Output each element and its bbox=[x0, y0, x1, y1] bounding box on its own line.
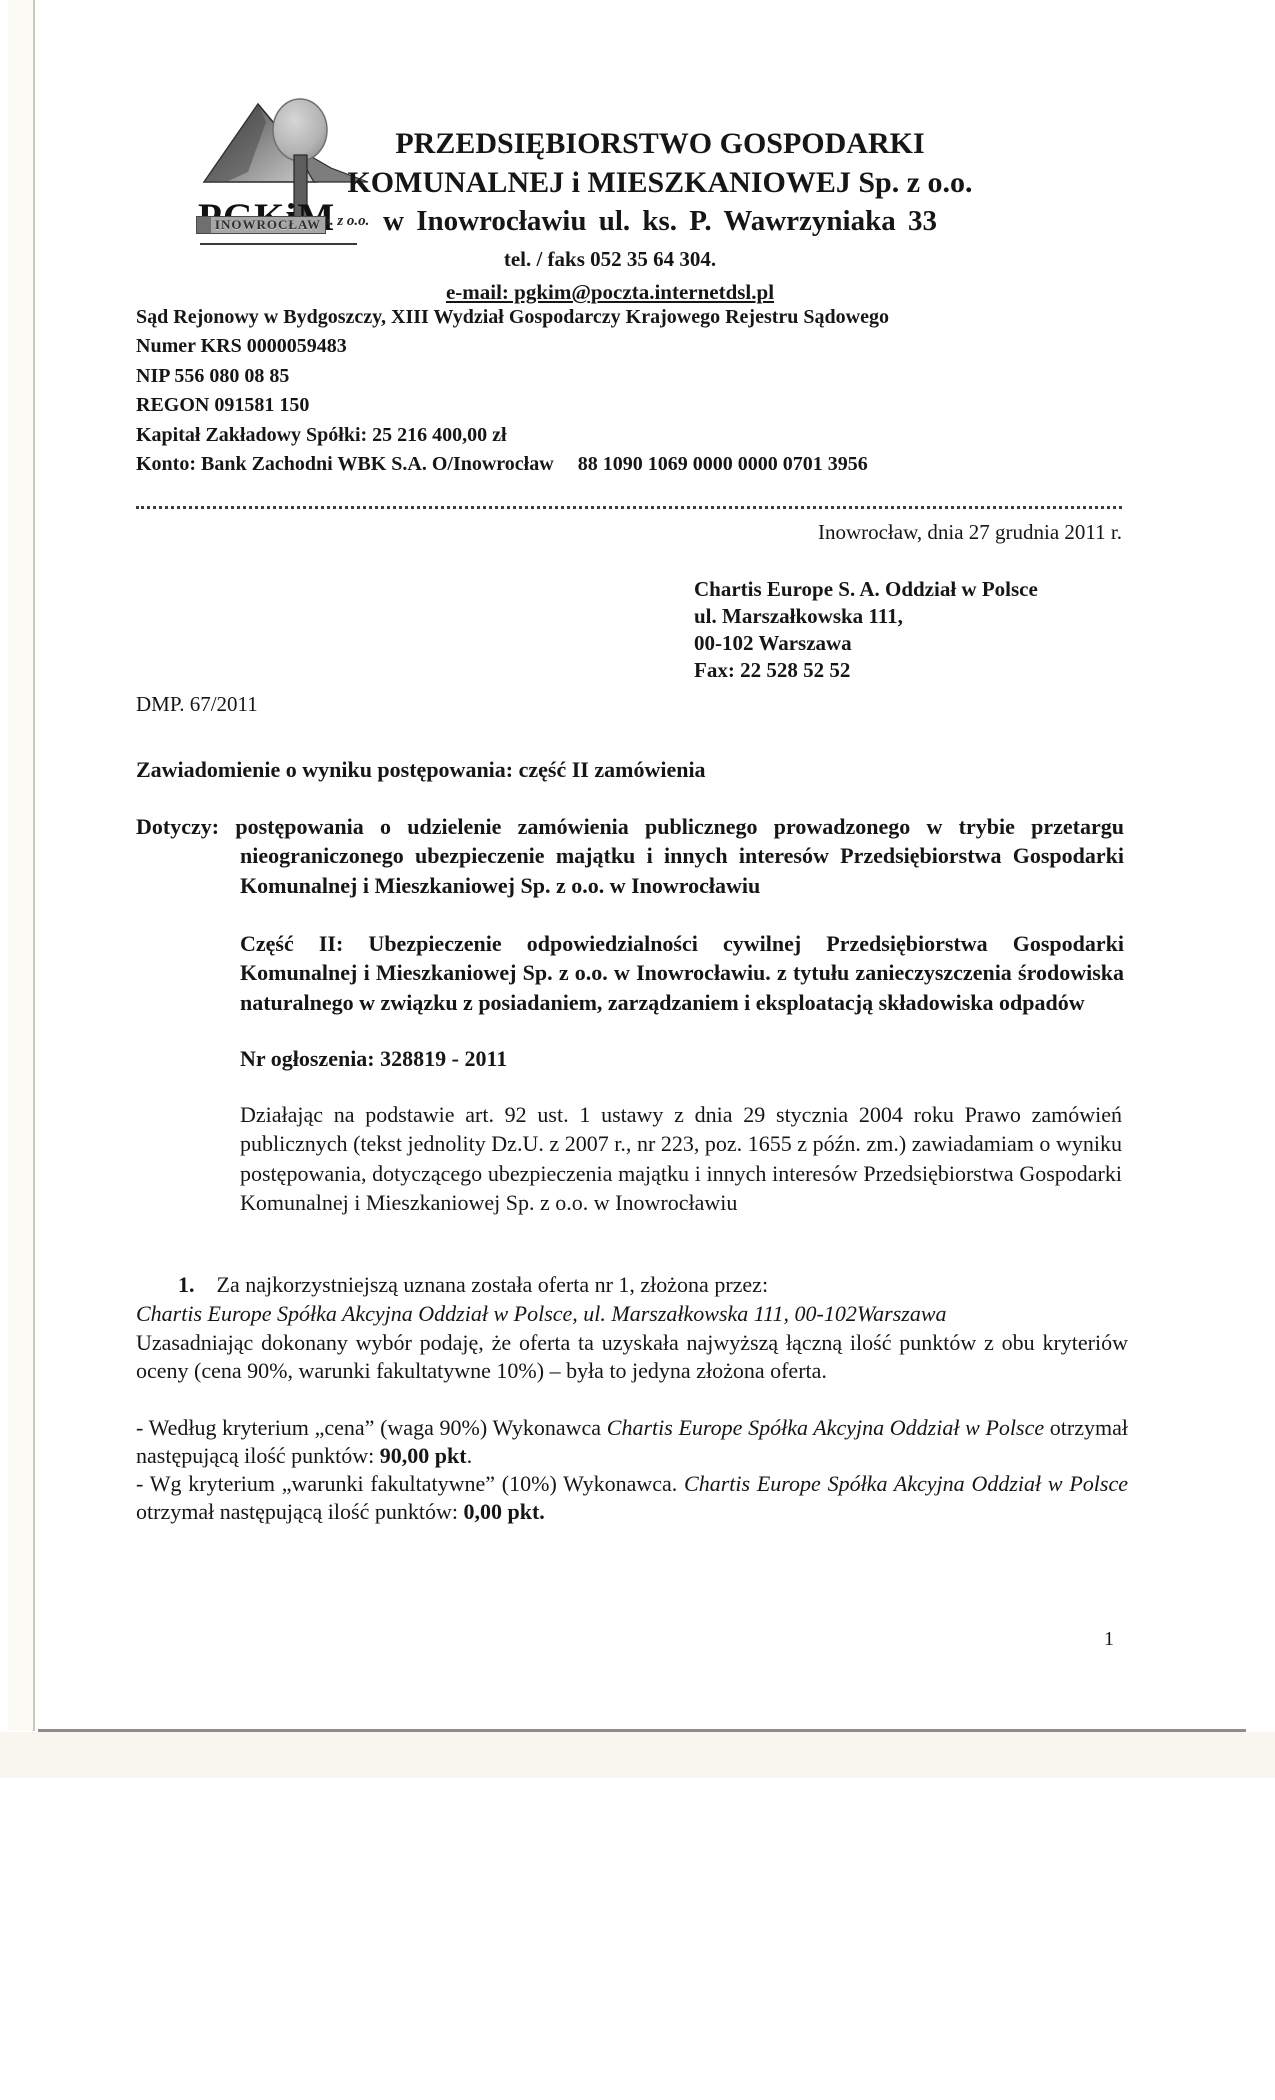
logo-city-bar: INOWROCŁAW bbox=[196, 216, 326, 234]
recipient-city: 00-102 Warszawa bbox=[694, 630, 1038, 657]
registry-capital: Kapitał Zakładowy Spółki: 25 216 400,00 … bbox=[136, 421, 1136, 450]
scan-left-edge-line bbox=[33, 0, 35, 1731]
recipient-name: Chartis Europe S. A. Oddział w Polsce bbox=[694, 576, 1038, 603]
item1-number: 1. bbox=[178, 1272, 195, 1297]
account-label: Konto: Bank Zachodni WBK S.A. O/Inowrocł… bbox=[136, 453, 554, 475]
company-name-line1: PRZEDSIĘBIORSTWO GOSPODARKI bbox=[330, 124, 990, 163]
company-address-line: w Inowrocławiu ul. ks. P. Wawrzyniaka 33 bbox=[330, 202, 990, 241]
criterion1-company: Chartis Europe Spółka Akcyjna Oddział w … bbox=[607, 1415, 1044, 1440]
registry-nip: NIP 556 080 08 85 bbox=[136, 362, 1136, 391]
scanned-letter-page: PGKiM Sp. z o.o. INOWROCŁAW PRZEDSIĘBIOR… bbox=[0, 0, 1275, 2100]
criterion-price-paragraph: - Według kryterium „cena” (waga 90%) Wyk… bbox=[136, 1414, 1128, 1470]
recipient-fax: Fax: 22 528 52 52 bbox=[694, 657, 1038, 684]
reference-number: DMP. 67/2011 bbox=[136, 692, 258, 717]
criterion2-company: Chartis Europe Spółka Akcyjna Oddział w … bbox=[684, 1471, 1128, 1496]
registry-krs: Numer KRS 0000059483 bbox=[136, 332, 1136, 361]
recipient-street: ul. Marszałkowska 111, bbox=[694, 603, 1038, 630]
company-name-line2: KOMUNALNEJ i MIESZKANIOWEJ Sp. z o.o. bbox=[330, 163, 990, 202]
winning-bidder-line: Chartis Europe Spółka Akcyjna Oddział w … bbox=[136, 1301, 947, 1327]
notice-number: Nr ogłoszenia: 328819 - 2011 bbox=[240, 1046, 507, 1072]
legal-basis-paragraph: Działając na podstawie art. 92 ust. 1 us… bbox=[240, 1100, 1122, 1217]
criterion2-middle: otrzymał następującą ilość punktów: bbox=[136, 1499, 463, 1524]
recipient-address-block: Chartis Europe S. A. Oddział w Polsce ul… bbox=[694, 576, 1038, 684]
result-item-1: 1.Za najkorzystniejszą uznana została of… bbox=[178, 1272, 768, 1298]
regarding-part2-paragraph: Część II: Ubezpieczenie odpowiedzialnośc… bbox=[240, 929, 1124, 1017]
registry-info-block: Sąd Rejonowy w Bydgoszczy, XIII Wydział … bbox=[136, 303, 1136, 479]
criterion-optional-paragraph: - Wg kryterium „warunki fakultatywne” (1… bbox=[136, 1470, 1128, 1526]
account-number: 88 1090 1069 0000 0000 0701 3956 bbox=[578, 453, 868, 475]
scan-bottom-band bbox=[0, 1732, 1275, 1778]
place-date-line: Inowrocław, dnia 27 grudnia 2011 r. bbox=[600, 520, 1122, 545]
criterion2-prefix: - Wg kryterium „warunki fakultatywne” (1… bbox=[136, 1471, 684, 1496]
dotted-separator bbox=[136, 506, 1122, 509]
scan-left-margin bbox=[8, 0, 33, 1731]
letterhead: PRZEDSIĘBIORSTWO GOSPODARKI KOMUNALNEJ i… bbox=[330, 124, 990, 241]
regarding-label: Dotyczy: bbox=[136, 814, 219, 839]
criterion1-period: . bbox=[467, 1443, 473, 1468]
company-phone: tel. / faks 052 35 64 304. bbox=[330, 243, 890, 276]
logo-city-label: INOWROCŁAW bbox=[215, 217, 321, 233]
item1-text: Za najkorzystniejszą uznana została ofer… bbox=[217, 1272, 769, 1297]
registry-account: Konto: Bank Zachodni WBK S.A. O/Inowrocł… bbox=[136, 450, 1136, 479]
registry-regon: REGON 091581 150 bbox=[136, 391, 1136, 420]
criterion2-points: 0,00 pkt. bbox=[463, 1499, 544, 1524]
justification-paragraph: Uzasadniając dokonany wybór podaję, że o… bbox=[136, 1329, 1128, 1385]
regarding-paragraph: Dotyczy: postępowania o udzielenie zamów… bbox=[136, 812, 1124, 900]
letter-subject: Zawiadomienie o wyniku postępowania: czę… bbox=[136, 757, 706, 783]
regarding-part1: postępowania o udzielenie zamówienia pub… bbox=[235, 814, 1124, 898]
email-text: e-mail: pgkim@poczta.internetdsl.pl bbox=[446, 280, 774, 304]
page-number: 1 bbox=[1104, 1628, 1114, 1651]
criterion1-points: 90,00 pkt bbox=[380, 1443, 467, 1468]
criterion1-prefix: - Według kryterium „cena” (waga 90%) Wyk… bbox=[136, 1415, 607, 1440]
registry-court: Sąd Rejonowy w Bydgoszczy, XIII Wydział … bbox=[136, 303, 1136, 332]
